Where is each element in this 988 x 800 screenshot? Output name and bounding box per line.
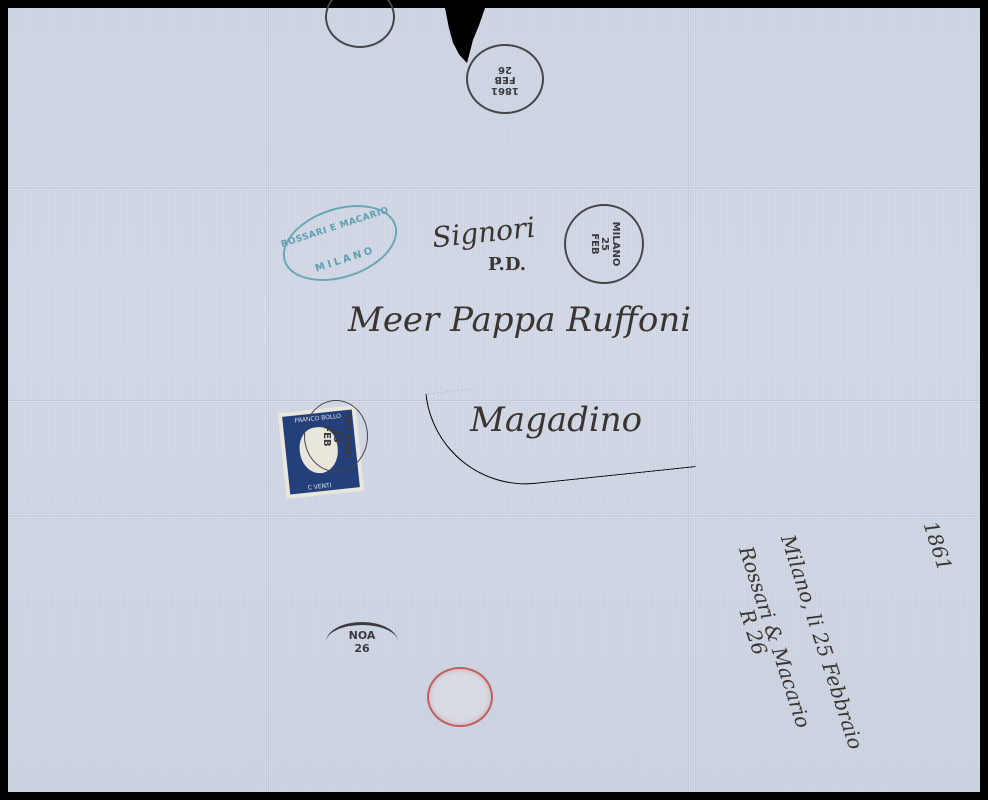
addressee: Meer Pappa Ruffoni [348, 300, 691, 340]
fold-line [8, 188, 980, 191]
paid-mark: P.D. [488, 254, 526, 275]
postmark-milano: MILANO 25 FEB [564, 204, 644, 284]
wax-seal [427, 667, 493, 727]
partial-postmark-bottom: NOA 26 [326, 622, 398, 662]
postmark-stamp-cancel: MILANO 25 FEB [304, 400, 368, 472]
fold-line [8, 516, 980, 519]
postmark-arrival: 1861 FEB 26 [466, 44, 544, 114]
docket: 1861 Milano, li 25 Febbraio Rossari & Ma… [720, 530, 980, 770]
